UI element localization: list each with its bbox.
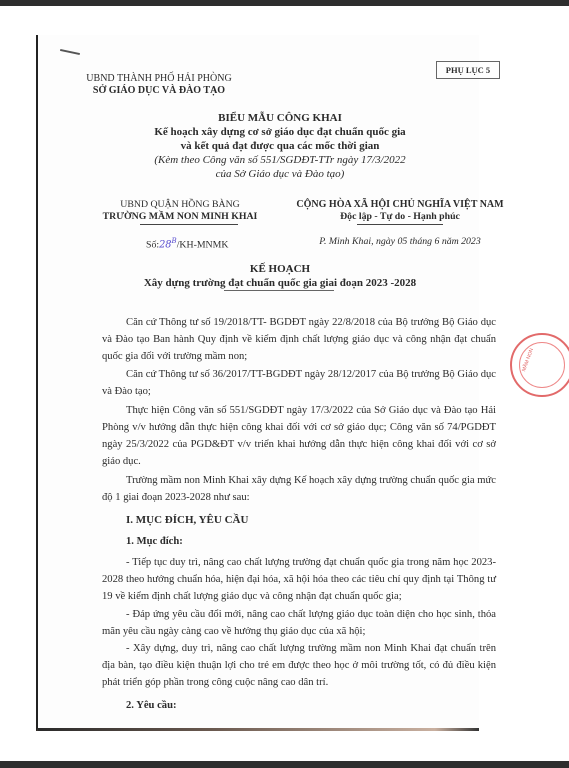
- doc-title: KẾ HOẠCH: [60, 263, 500, 275]
- viewer-bottom-bar: [0, 761, 569, 768]
- section-1-heading: I. MỤC ĐÍCH, YÊU CẦU: [126, 514, 248, 526]
- section-1-2-heading: 2. Yêu cầu:: [126, 700, 177, 711]
- paragraph-implementation: Thực hiện Công văn số 551/SGDĐT ngày 17/…: [102, 402, 496, 470]
- header-department: SỞ GIÁO DỤC VÀ ĐÀO TẠO: [84, 85, 234, 97]
- document-number: Số:28B/KH-MNMK: [146, 235, 228, 251]
- bullet-2: - Đáp ứng yêu cầu đổi mới, nâng cao chất…: [102, 606, 496, 640]
- form-reference-1: (Kèm theo Công văn số 551/SGDĐT-TTr ngày…: [60, 154, 500, 166]
- form-subtitle-1: Kế hoạch xây dựng cơ sở giáo dục đạt chu…: [60, 126, 500, 138]
- number-suffix: /KH-MNMK: [177, 239, 229, 250]
- paragraph-intro: Trường mầm non Minh Khai xây dựng Kế hoạ…: [102, 472, 496, 506]
- official-stamp: MẦM NON: [510, 333, 569, 403]
- place-date: P. Minh Khai, ngày 05 tháng 6 năm 2023: [280, 236, 520, 248]
- form-subtitle-2: và kết quả đạt được qua các mốc thời gia…: [60, 140, 500, 152]
- title-underline: [224, 290, 334, 291]
- bullet-3: - Xây dựng, duy trì, nâng cao chất lượng…: [102, 640, 496, 691]
- paragraph-basis-2: Căn cứ Thông tư số 36/2017/TT-BGDĐT ngày…: [102, 366, 496, 400]
- section-1-1-heading: 1. Mục đích:: [126, 536, 183, 547]
- national-title: CỘNG HÒA XÃ HỘI CHỦ NGHĨA VIỆT NAM: [280, 199, 520, 211]
- number-handwritten: 28: [159, 239, 171, 250]
- header-authority: UBND THÀNH PHỐ HẢI PHÒNG: [84, 73, 234, 85]
- form-reference-2: của Sở Giáo dục và Đào tạo): [60, 168, 500, 180]
- appendix-label: PHỤ LỤC 5: [436, 61, 500, 79]
- issuer-school: TRƯỜNG MẦM NON MINH KHAI: [100, 211, 260, 223]
- doc-subtitle: Xây dựng trường đạt chuẩn quốc gia giai …: [60, 277, 500, 289]
- bullet-1: - Tiếp tục duy trì, nâng cao chất lượng …: [102, 554, 496, 605]
- paragraph-basis-1: Căn cứ Thông tư số 19/2018/TT- BGDĐT ngà…: [102, 314, 496, 365]
- motto-underline: [357, 224, 443, 225]
- issuer-underline: [140, 224, 238, 225]
- number-prefix: Số:: [146, 239, 159, 250]
- scan-mark: [60, 49, 80, 55]
- form-title: BIỂU MẪU CÔNG KHAI: [60, 112, 500, 124]
- issuer-district: UBND QUẬN HỒNG BÀNG: [100, 199, 260, 211]
- national-motto: Độc lập - Tự do - Hạnh phúc: [280, 211, 520, 223]
- viewer-top-bar: [0, 0, 569, 6]
